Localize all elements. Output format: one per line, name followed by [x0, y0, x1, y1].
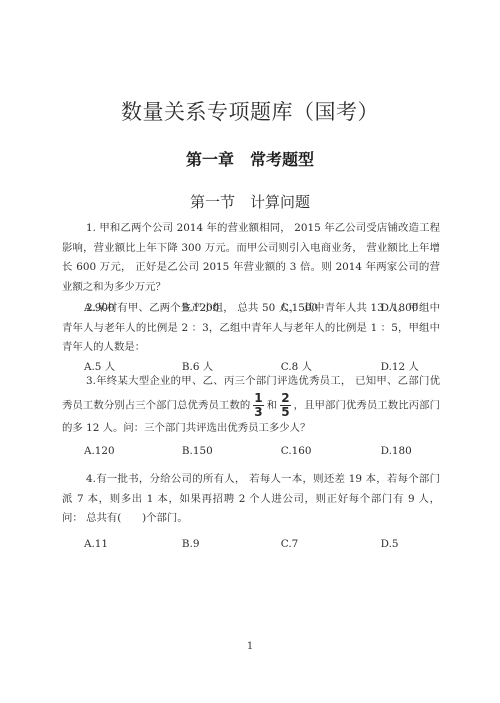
option-d: D.180: [381, 442, 440, 461]
fraction-numerator: 1: [253, 392, 263, 406]
question-3: 3.年终某大型企业的甲、乙、丙三个部门评选优秀员工， 已知甲、乙部门优秀员工数分…: [62, 372, 440, 461]
document-page: 数量关系专项题库（国考） 第一章 常考题型 第一节 计算问题 1. 甲和乙两个公…: [0, 0, 500, 703]
fraction-connector: 和: [267, 399, 278, 411]
question-2-text: 2.某村有甲、乙两个生产小组， 总共 50 人， 其中青年人共 13 人。甲组中…: [62, 299, 440, 358]
option-c: C.160: [281, 442, 381, 461]
fraction-denominator: 3: [254, 406, 262, 419]
question-1-text: 1. 甲和乙两个公司 2014 年的营业额相同， 2015 年乙公司受店铺改造工…: [62, 219, 440, 297]
fraction-numerator: 2: [280, 392, 290, 406]
question-4-options: A.11 B.9 C.7 D.5: [62, 535, 440, 554]
option-c: C.7: [281, 535, 381, 554]
question-4-text: 4.有一批书，分给公司的所有人， 若每人一本，则还差 19 本，若每个部门派 7…: [62, 470, 440, 529]
chapter-heading: 第一章 常考题型: [0, 147, 500, 170]
option-a: A.120: [84, 442, 182, 461]
fraction-one-third: 13: [253, 392, 263, 419]
page-number: 1: [0, 641, 500, 652]
option-a: A.11: [84, 535, 182, 554]
fraction-denominator: 5: [281, 406, 289, 419]
question-3-options: A.120 B.150 C.160 D.180: [62, 442, 440, 461]
fraction-two-fifths: 25: [280, 392, 290, 419]
section-heading: 第一节 计算问题: [0, 191, 500, 212]
document-title: 数量关系专项题库（国考）: [0, 96, 500, 126]
question-2: 2.某村有甲、乙两个生产小组， 总共 50 人， 其中青年人共 13 人。甲组中…: [62, 299, 440, 377]
option-b: B.150: [182, 442, 281, 461]
option-d: D.5: [381, 535, 440, 554]
question-3-text: 3.年终某大型企业的甲、乙、丙三个部门评选优秀员工， 已知甲、乙部门优秀员工数分…: [62, 372, 440, 438]
question-4: 4.有一批书，分给公司的所有人， 若每人一本，则还差 19 本，若每个部门派 7…: [62, 470, 440, 554]
option-b: B.9: [182, 535, 281, 554]
